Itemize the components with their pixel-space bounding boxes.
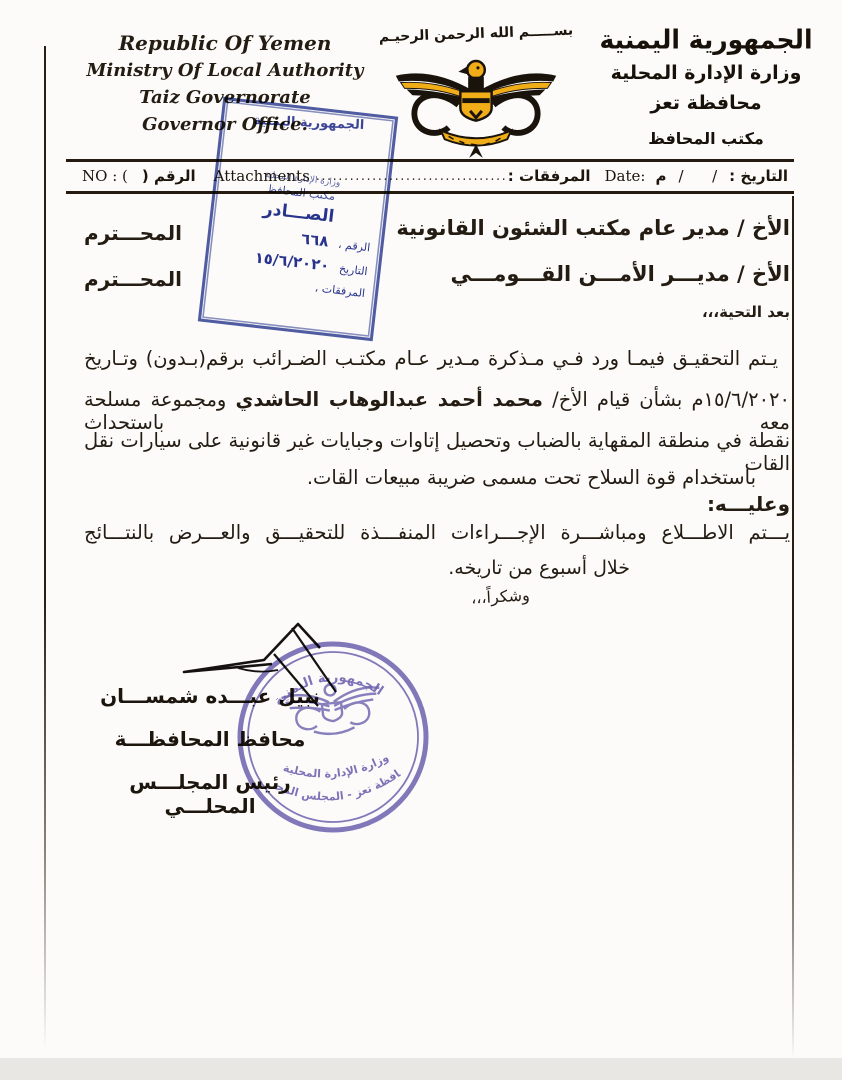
band-rule-top <box>66 159 794 162</box>
stamp-number-value: ٦٦٨ <box>300 230 329 251</box>
instruction-line-2: خلال أسبوع من تاريخه. <box>448 557 630 579</box>
stamp-number-label: الرقم ، <box>338 238 371 255</box>
letterhead-ar-country: الجمهورية اليمنية <box>598 21 814 59</box>
letterhead-ar-ministry: وزارة الإدارة المحلية <box>598 58 814 88</box>
instruction-line-1: يـــتم الاطـــلاع ومباشـــرة الإجـــراءا… <box>84 521 790 544</box>
body-line-4: باستخدام قوة السلاح تحت مسمى ضريبة مبيعا… <box>84 466 790 489</box>
recipient-1-honorific: المحـــترم <box>84 221 182 245</box>
letterhead-en-country: Republic Of Yemen <box>58 30 392 57</box>
ref-no-label-en: NO : ( <box>82 167 128 185</box>
body-line-1: يـتم التحقيـق فيمـا ورد فـي مـذكرة مـدير… <box>84 347 790 370</box>
reference-band: NO : ( الرقم ( Attachments .............… <box>66 163 794 189</box>
letterhead-ar-office: مكتب المحافظ <box>598 124 814 154</box>
ref-date-slashes: / / <box>678 167 717 185</box>
page-frame-line-left <box>44 46 46 1050</box>
body-line-2: ١٥/٦/٢٠٢٠م بشأن قيام الأخ/ محمد أحمد عبد… <box>84 388 790 434</box>
yemen-eagle-emblem-icon <box>388 52 564 160</box>
bismillah-calligraphy: بســـــم الله الرحمن الرحيـم <box>378 23 574 46</box>
band-rule-bottom <box>66 191 794 194</box>
outgoing-registry-stamp: الجمهورية اليمنية وزارة الإدارة المحلية … <box>198 97 398 341</box>
stamp-date-label: التاريخ <box>338 262 368 278</box>
letterhead-en-ministry: Ministry Of Local Authority <box>58 57 392 84</box>
greeting-line: بعد التحية،،، <box>702 303 790 321</box>
ref-attachments-label: المرفقات : <box>508 167 591 185</box>
therefore-heading: وعليـــه: <box>707 492 790 516</box>
letterhead-arabic: الجمهورية اليمنية وزارة الإدارة المحلية … <box>598 22 814 154</box>
scan-bottom-edge <box>0 1058 842 1080</box>
ref-number-label: الرقم ( <box>142 167 196 185</box>
letterhead-ar-governorate: محافظة تعز <box>598 88 814 118</box>
scanned-letter-page: Republic Of Yemen Ministry Of Local Auth… <box>0 0 842 1080</box>
ref-date-meem: م <box>655 167 666 185</box>
stamp-date-value: ١٥/٦/٢٠٢٠ <box>254 248 331 274</box>
body-line-2-subject-name: محمد أحمد عبدالوهاب الحاشدي <box>235 388 543 411</box>
thanks-line: وشكراً،،، <box>471 585 531 607</box>
ref-date-label: التاريخ : <box>729 167 788 185</box>
recipient-2-honorific: المحـــترم <box>84 267 182 291</box>
ref-date-label-en: Date: <box>605 167 646 185</box>
page-frame-line-right <box>792 196 794 1060</box>
round-official-stamp: الجمهورية اليمنية وزارة الإدارة المحلية … <box>223 626 443 848</box>
body-line-2-date: ١٥/٦/٢٠٢٠م بشأن قيام الأخ/ <box>543 388 790 411</box>
